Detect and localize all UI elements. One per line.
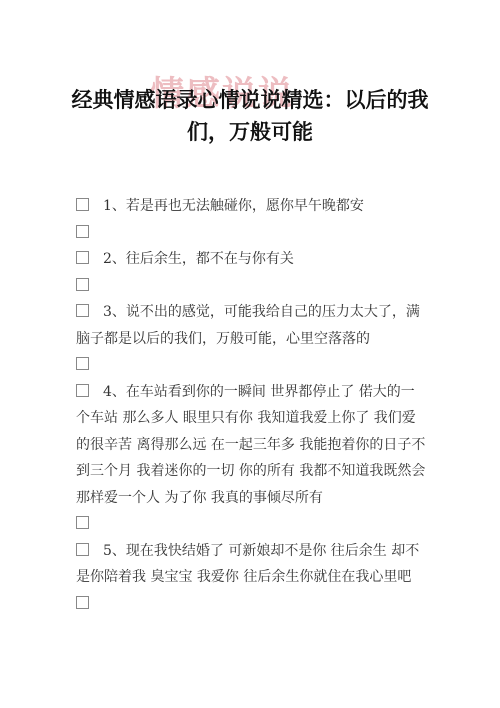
- page-title: 经典情感语录心情说说精选：以后的我们，万般可能: [60, 84, 440, 148]
- list-item: [76, 273, 428, 300]
- checkbox-icon: [76, 198, 89, 211]
- item-text: 3、说不出的感觉，可能我给自己的压力太大了，满脑子都是以后的我们，万般可能，心里…: [76, 304, 420, 347]
- list-item: 1、若是再也无法触碰你，愿你早午晚都安: [76, 193, 428, 220]
- checkbox-icon: [76, 596, 89, 609]
- list-item: 3、说不出的感觉，可能我给自己的压力太大了，满脑子都是以后的我们，万般可能，心里…: [76, 299, 428, 352]
- checkbox-icon: [76, 384, 89, 397]
- list-item: 2、往后余生，都不在与你有关: [76, 246, 428, 273]
- checkbox-icon: [76, 251, 89, 264]
- list-item: 4、在车站看到你的一瞬间 世界都停止了 偌大的一个车站 那么多人 眼里只有你 我…: [76, 379, 428, 512]
- checkbox-icon: [76, 225, 89, 238]
- item-text: 1、若是再也无法触碰你，愿你早午晚都安: [103, 198, 364, 214]
- item-text: 2、往后余生，都不在与你有关: [103, 251, 294, 267]
- checkbox-icon: [76, 357, 89, 370]
- list-item: [76, 591, 428, 618]
- checkbox-icon: [76, 543, 89, 556]
- list-item: 5、现在我快结婚了 可新娘却不是你 往后余生 却不是你陪着我 臭宝宝 我爱你 往…: [76, 538, 428, 591]
- list-item: [76, 352, 428, 379]
- checkbox-icon: [76, 304, 89, 317]
- checkbox-icon: [76, 516, 89, 529]
- article-body: 1、若是再也无法触碰你，愿你早午晚都安 2、往后余生，都不在与你有关 3、说不出…: [76, 193, 428, 617]
- item-text: 5、现在我快结婚了 可新娘却不是你 往后余生 却不是你陪着我 臭宝宝 我爱你 往…: [76, 543, 419, 586]
- list-item: [76, 511, 428, 538]
- item-text: 4、在车站看到你的一瞬间 世界都停止了 偌大的一个车站 那么多人 眼里只有你 我…: [76, 384, 425, 506]
- checkbox-icon: [76, 278, 89, 291]
- list-item: [76, 220, 428, 247]
